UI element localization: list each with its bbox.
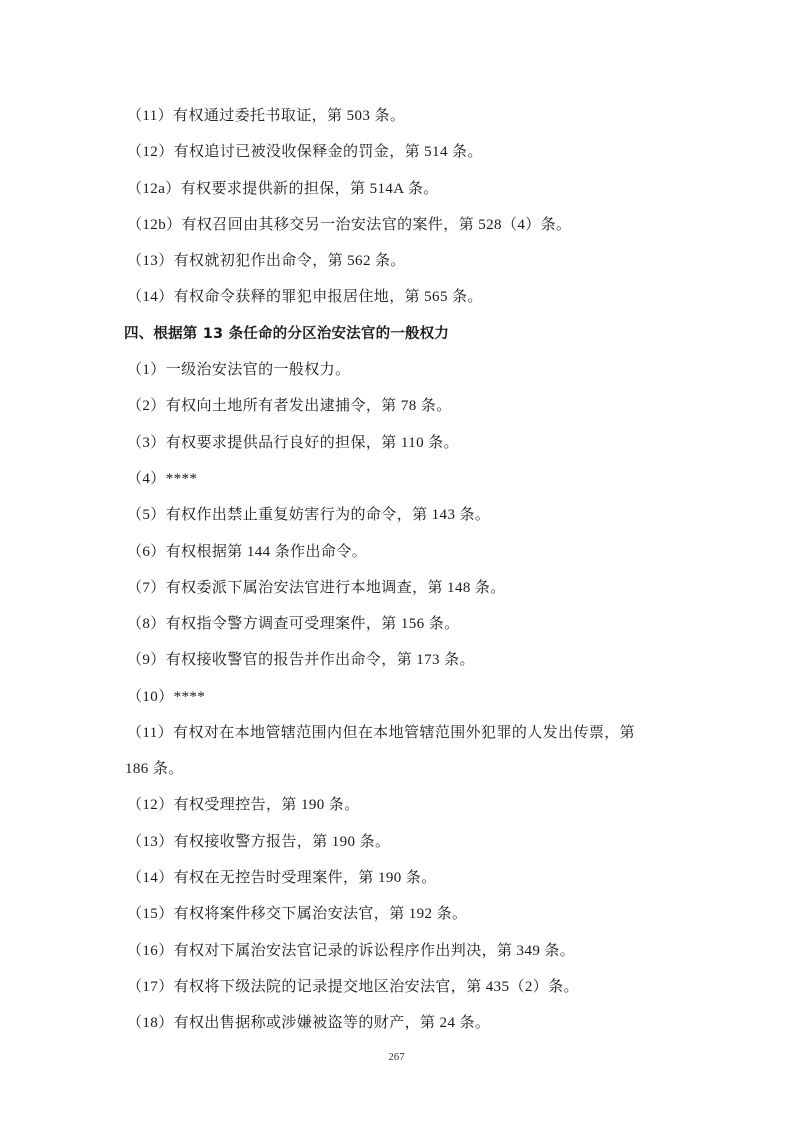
list-item: （9）有权接收警官的报告并作出命令，第 173 条。	[125, 648, 685, 672]
page-number: 267	[0, 1051, 793, 1063]
section-heading: 四、根据第 13 条任命的分区治安法官的一般权力	[124, 322, 685, 346]
list-item: （10）****	[125, 685, 685, 709]
list-item: （13）有权就初犯作出命令，第 562 条。	[125, 249, 685, 273]
list-item: （17）有权将下级法院的记录提交地区治安法官，第 435（2）条。	[125, 975, 685, 999]
list-item: （12）有权受理控告，第 190 条。	[125, 793, 685, 817]
list-item: （1）一级治安法官的一般权力。	[125, 358, 685, 382]
list-item: （8）有权指令警方调查可受理案件，第 156 条。	[125, 612, 685, 636]
list-item: （7）有权委派下属治安法官进行本地调查，第 148 条。	[125, 576, 685, 600]
list-item: （15）有权将案件移交下属治安法官，第 192 条。	[125, 902, 685, 926]
list-item: （4）****	[125, 467, 685, 491]
list-item: （2）有权向土地所有者发出逮捕令，第 78 条。	[125, 394, 685, 418]
list-item: （18）有权出售据称或涉嫌被盗等的财产，第 24 条。	[125, 1011, 685, 1035]
list-item: （13）有权接收警方报告，第 190 条。	[125, 830, 685, 854]
list-item-continuation: 186 条。	[125, 757, 685, 781]
list-item: （12a）有权要求提供新的担保，第 514A 条。	[125, 177, 685, 201]
list-item: （3）有权要求提供品行良好的担保，第 110 条。	[125, 431, 685, 455]
list-item-wrapped: （11）有权对在本地管辖范围内但在本地管辖范围外犯罪的人发出传票，第 186 条…	[125, 721, 685, 781]
list-item: （11）有权通过委托书取证，第 503 条。	[125, 104, 685, 128]
list-item: （14）有权在无控告时受理案件，第 190 条。	[125, 866, 685, 890]
list-item-first-line: （11）有权对在本地管辖范围内但在本地管辖范围外犯罪的人发出传票，第	[127, 725, 635, 741]
list-item: （12b）有权召回由其移交另一治安法官的案件，第 528（4）条。	[125, 213, 685, 237]
list-item: （5）有权作出禁止重复妨害行为的命令，第 143 条。	[125, 503, 685, 527]
list-item: （14）有权命令获释的罪犯申报居住地，第 565 条。	[125, 285, 685, 309]
document-body: （11）有权通过委托书取证，第 503 条。 （12）有权追讨已被没收保释金的罚…	[125, 104, 685, 1047]
list-item: （16）有权对下属治安法官记录的诉讼程序作出判决，第 349 条。	[125, 939, 685, 963]
list-item: （6）有权根据第 144 条作出命令。	[125, 540, 685, 564]
list-item: （12）有权追讨已被没收保释金的罚金，第 514 条。	[125, 140, 685, 164]
